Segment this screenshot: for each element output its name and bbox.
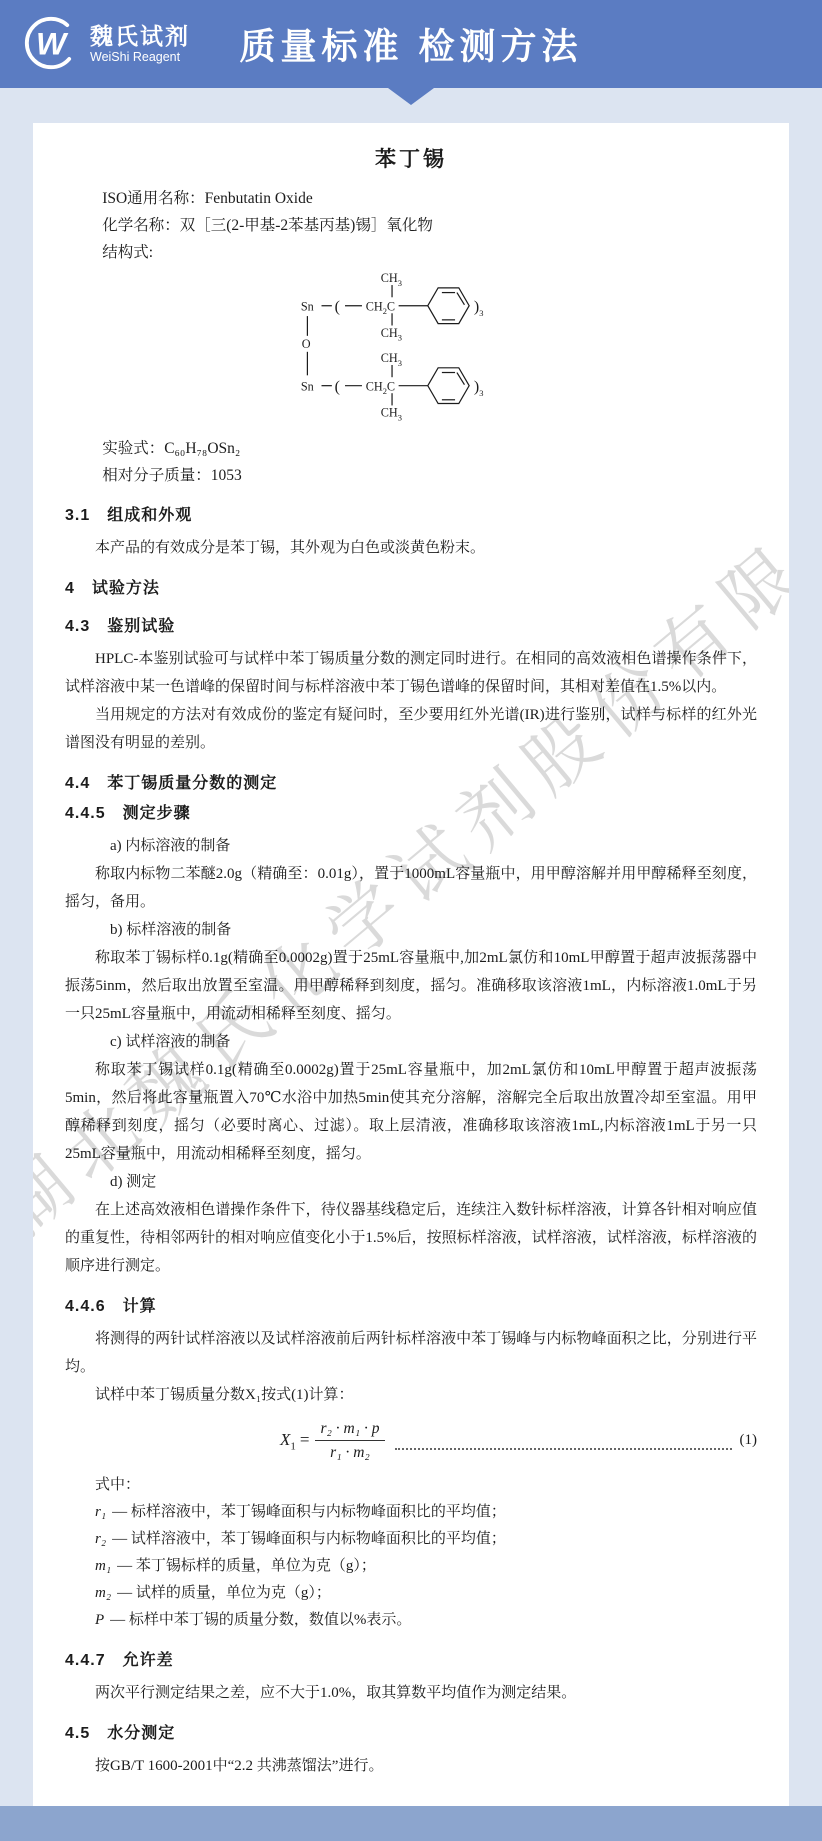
doc-paragraph: 试样中苯丁锡质量分数X₁按式(1)计算： (65, 1381, 757, 1409)
doc-list-item: d) 测定 (65, 1168, 757, 1196)
symbol: m₂ (95, 1585, 111, 1601)
sn-label: Sn (301, 379, 314, 393)
brand-subtitle: WeiShi Reagent (90, 51, 190, 64)
structure-label: 结构式: (65, 239, 757, 266)
doc-paragraph: 称取苯丁锡标样0.1g(精确至0.0002g)置于25mL容量瓶中,加2mL氯仿… (65, 944, 757, 1028)
structure-diagram-wrap: Sn ( CH2C CH3 CH3 )3 (65, 270, 757, 433)
chemical-name-line: 化学名称：双［三(2-甲基-2苯基丙基)锡］氧化物 (65, 212, 757, 239)
header-title: 质量标准 检测方法 (239, 19, 582, 70)
section-heading: 4.5 水分测定 (65, 1722, 757, 1745)
doc-paragraph: 当用规定的方法对有效成份的鉴定有疑问时，至少要用红外光谱(IR)进行鉴别，试样与… (65, 701, 757, 757)
symbol-definition: r₁— 标样溶液中，苯丁锡峰面积与内标物峰面积比的平均值； (95, 1499, 757, 1526)
formula-row: X1= r₂ · m₁ · p r₁ · m₂ (1) (65, 1419, 757, 1463)
section-heading: 3.1 组成和外观 (65, 504, 757, 527)
page-header: W 魏氏试剂 WeiShi Reagent 质量标准 检测方法 (0, 0, 822, 88)
ch3-label: CH3 (381, 406, 402, 423)
doc-list-item: b) 标样溶液的制备 (65, 916, 757, 944)
doc-blocks-b: 4.4.7 允许差两次平行测定结果之差，应不大于1.0%，取其算数平均值作为测定… (65, 1649, 757, 1780)
doc-list-item: a) 内标溶液的制备 (65, 832, 757, 860)
benzene-ring (428, 368, 469, 404)
doc-blocks-a: 3.1 组成和外观本产品的有效成分是苯丁锡，其外观为白色或淡黄色粉末。4 试验方… (65, 504, 757, 1409)
iso-name-line: ISO通用名称：Fenbutatin Oxide (65, 185, 757, 212)
doc-list-item: c) 试样溶液的制备 (65, 1028, 757, 1056)
symbol: r₁ (95, 1504, 106, 1520)
symbol-definition: r₂— 试样溶液中，苯丁锡峰面积与内标物峰面积比的平均值； (95, 1526, 757, 1553)
formula-lhs: X1= (280, 1430, 315, 1452)
formula-fraction: r₂ · m₁ · p r₁ · m₂ (315, 1419, 384, 1463)
formula-numerator: r₂ · m₁ · p (315, 1419, 384, 1441)
doc-paragraph: 称取内标物二苯醚2.0g（精确至：0.01g），置于1000mL容量瓶中，用甲醇… (65, 860, 757, 916)
ch3-label: CH3 (381, 326, 402, 343)
symbol-definition: m₁— 苯丁锡标样的质量，单位为克（g）； (95, 1553, 757, 1580)
doc-paragraph: 本产品的有效成分是苯丁锡，其外观为白色或淡黄色粉末。 (65, 534, 757, 562)
benzene-ring (428, 288, 469, 324)
symbol-definition: m₂— 试样的质量，单位为克（g）； (95, 1580, 757, 1607)
doc-paragraph: HPLC-本鉴别试验可与试样中苯丁锡质量分数的测定同时进行。在相同的高效液相色谱… (65, 645, 757, 701)
symbols-intro: 式中： (95, 1471, 757, 1499)
paren3-label: )3 (474, 298, 484, 318)
ch3-label: CH3 (381, 271, 402, 288)
section-heading: 4.3 鉴别试验 (65, 615, 757, 638)
doc-paragraph: 两次平行测定结果之差，应不大于1.0%，取其算数平均值作为测定结果。 (65, 1679, 757, 1707)
empirical-formula-line: 实验式：C₆₀H₇₈OSn₂ (65, 435, 757, 462)
sn-label: Sn (301, 299, 314, 313)
footer-bar (0, 1806, 822, 1841)
weishi-w-mark-icon: W (22, 15, 80, 73)
doc-paragraph: 将测得的两针试样溶液以及试样溶液前后两针标样溶液中苯丁锡峰与内标物峰面积之比，分… (65, 1325, 757, 1381)
svg-text:(: ( (335, 378, 340, 395)
document-sheet: 湖北魏氏化学试剂股份有限公司 苯丁锡 ISO通用名称：Fenbutatin Ox… (33, 123, 789, 1806)
section-subheading: 4.4.5 测定步骤 (65, 802, 757, 825)
symbol-desc: — 试样的质量，单位为克（g）； (117, 1585, 331, 1601)
doc-paragraph: 按GB/T 1600-2001中“2.2 共沸蒸馏法”进行。 (65, 1752, 757, 1780)
doc-paragraph: 称取苯丁锡试样0.1g(精确至0.0002g)置于25mL容量瓶中，加2mL氯仿… (65, 1056, 757, 1168)
ch2c-label: CH2C (366, 379, 395, 396)
header-notch (388, 88, 434, 105)
molecular-weight-line: 相对分子质量：1053 (65, 462, 757, 489)
ch3-label: CH3 (381, 351, 402, 368)
brand-logo: W 魏氏试剂 WeiShi Reagent (22, 15, 190, 73)
symbol: m₁ (95, 1558, 111, 1574)
symbol-desc: — 标样溶液中，苯丁锡峰面积与内标物峰面积比的平均值； (112, 1504, 506, 1520)
section-heading: 4.4.7 允许差 (65, 1649, 757, 1672)
section-heading: 4.4 苯丁锡质量分数的测定 (65, 772, 757, 795)
formula-denominator: r₁ · m₂ (315, 1441, 384, 1462)
svg-text:W: W (36, 26, 69, 62)
structure-diagram: Sn ( CH2C CH3 CH3 )3 (298, 270, 524, 428)
svg-text:(: ( (335, 298, 340, 315)
oxygen-label: O (302, 337, 311, 351)
dotted-leader (395, 1448, 732, 1450)
symbol-desc: — 苯丁锡标样的质量，单位为克（g）； (117, 1558, 376, 1574)
formula-number: (1) (740, 1432, 758, 1449)
symbol-definition: P— 标样中苯丁锡的质量分数，数值以%表示。 (95, 1607, 757, 1634)
doc-title: 苯丁锡 (65, 143, 757, 173)
ch2c-label: CH2C (366, 299, 395, 316)
symbol: r₂ (95, 1531, 106, 1547)
section-heading: 4.4.6 计算 (65, 1295, 757, 1318)
paren3-label: )3 (474, 378, 484, 398)
page-background: 湖北魏氏化学试剂股份有限公司 苯丁锡 ISO通用名称：Fenbutatin Ox… (0, 88, 822, 1806)
symbols-list: r₁— 标样溶液中，苯丁锡峰面积与内标物峰面积比的平均值；r₂— 试样溶液中，苯… (65, 1499, 757, 1634)
symbol-desc: — 试样溶液中，苯丁锡峰面积与内标物峰面积比的平均值； (112, 1531, 506, 1547)
doc-paragraph: 在上述高效液相色谱操作条件下，待仪器基线稳定后，连续注入数针标样溶液，计算各针相… (65, 1196, 757, 1280)
brand-name: 魏氏试剂 (90, 24, 190, 48)
section-heading: 4 试验方法 (65, 577, 757, 600)
symbol-desc: — 标样中苯丁锡的质量分数，数值以%表示。 (110, 1612, 411, 1628)
symbol: P (95, 1612, 104, 1628)
